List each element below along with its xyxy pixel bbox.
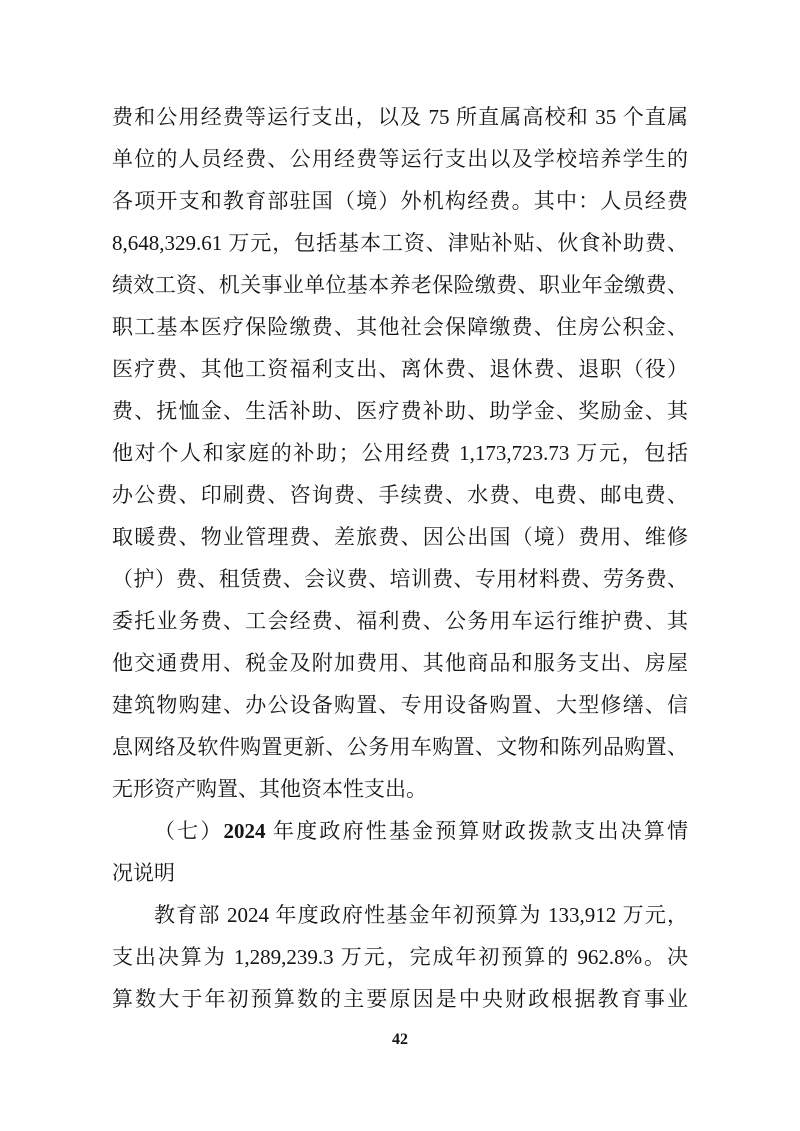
body-line: 办公费、印刷费、咨询费、手续费、水费、电费、邮电费、	[112, 474, 688, 516]
body-line: （护）费、租赁费、会议费、培训费、专用材料费、劳务费、	[112, 558, 688, 600]
body-line: 费和公用经费等运行支出，以及 75 所直属高校和 35 个直属	[112, 96, 688, 138]
section-heading-line-2: 况说明	[112, 852, 688, 894]
body-line: 息网络及软件购置更新、公务用车购置、文物和陈列品购置、	[112, 726, 688, 768]
body-line: 无形资产购置、其他资本性支出。	[112, 768, 688, 810]
heading-year: 2024	[224, 819, 266, 843]
para-line: 支出决算为 1,289,239.3 万元，完成年初预算的 962.8%。决	[112, 936, 688, 978]
body-line: 取暖费、物业管理费、差旅费、因公出国（境）费用、维修	[112, 516, 688, 558]
body-line: 医疗费、其他工资福利支出、离休费、退休费、退职（役）	[112, 348, 688, 390]
document-page: 费和公用经费等运行支出，以及 75 所直属高校和 35 个直属 单位的人员经费、…	[0, 0, 800, 1131]
page-number: 42	[0, 1031, 800, 1049]
para-line: 教育部 2024 年度政府性基金年初预算为 133,912 万元，	[112, 894, 688, 936]
section-heading-line-1: （七）2024 年度政府性基金预算财政拨款支出决算情	[112, 810, 688, 852]
para-line: 算数大于年初预算数的主要原因是中央财政根据教育事业	[112, 978, 688, 1020]
body-line: 他交通费用、税金及附加费用、其他商品和服务支出、房屋	[112, 642, 688, 684]
body-line: 绩效工资、机关事业单位基本养老保险缴费、职业年金缴费、	[112, 264, 688, 306]
body-line: 委托业务费、工会经费、福利费、公务用车运行维护费、其	[112, 600, 688, 642]
body-line: 职工基本医疗保险缴费、其他社会保障缴费、住房公积金、	[112, 306, 688, 348]
heading-title-text: 年度政府性基金预算财政拨款支出决算情	[266, 819, 688, 843]
body-line: 建筑物购建、办公设备购置、专用设备购置、大型修缮、信	[112, 684, 688, 726]
body-line: 各项开支和教育部驻国（境）外机构经费。其中：人员经费	[112, 180, 688, 222]
body-line: 费、抚恤金、生活补助、医疗费补助、助学金、奖励金、其	[112, 390, 688, 432]
body-line: 单位的人员经费、公用经费等运行支出以及学校培养学生的	[112, 138, 688, 180]
body-line: 他对个人和家庭的补助；公用经费 1,173,723.73 万元，包括	[112, 432, 688, 474]
body-line: 8,648,329.61 万元，包括基本工资、津贴补贴、伙食补助费、	[112, 222, 688, 264]
heading-number-prefix: （七）	[154, 819, 224, 843]
page-body-text: 费和公用经费等运行支出，以及 75 所直属高校和 35 个直属 单位的人员经费、…	[112, 96, 688, 1020]
